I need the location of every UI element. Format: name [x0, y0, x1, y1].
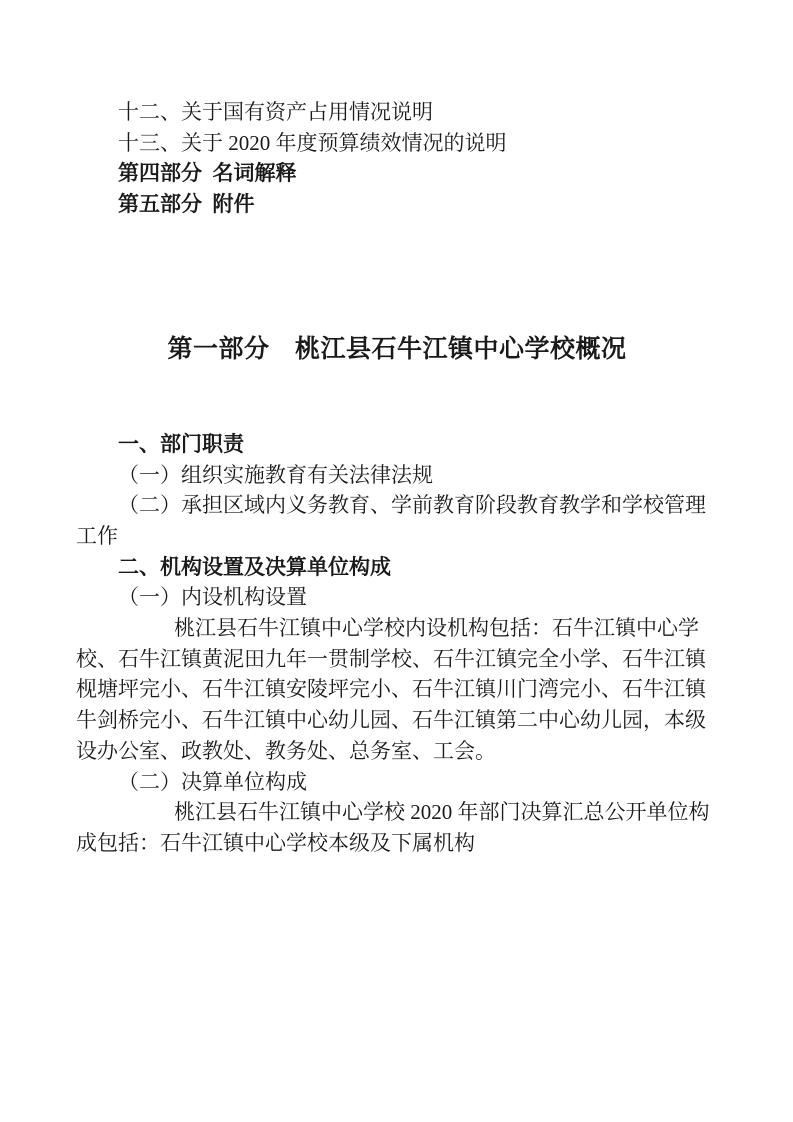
- text-column: 十二、关于国有资产占用情况说明 十三、关于 2020 年度预算绩效情况的说明 第…: [76, 0, 718, 859]
- toc-item: 第四部分 名词解释: [76, 158, 718, 189]
- toc-item: 十二、关于国有资产占用情况说明: [76, 97, 718, 128]
- body-line: （一）组织实施教育有关法律法规: [76, 460, 718, 491]
- body-line: （一）内设机构设置: [76, 582, 718, 613]
- body-line: 校、石牛江镇黄泥田九年一贯制学校、石牛江镇完全小学、石牛江镇: [76, 644, 718, 675]
- toc-item: 第五部分 附件: [76, 189, 718, 220]
- table-of-contents: 十二、关于国有资产占用情况说明 十三、关于 2020 年度预算绩效情况的说明 第…: [76, 0, 718, 220]
- body-line: （二）承担区域内义务教育、学前教育阶段教育教学和学校管理: [76, 490, 718, 521]
- body-heading: 二、机构设置及决算单位构成: [76, 552, 718, 583]
- body-line: 枧塘坪完小、石牛江镇安陵坪完小、石牛江镇川门湾完小、石牛江镇: [76, 674, 718, 705]
- body-line: 桃江县石牛江镇中心学校 2020 年部门决算汇总公开单位构: [76, 797, 718, 828]
- section-title: 第一部分 桃江县石牛江镇中心学校概况: [76, 332, 718, 368]
- document-page: 十二、关于国有资产占用情况说明 十三、关于 2020 年度预算绩效情况的说明 第…: [0, 0, 793, 1122]
- body-line: 成包括：石牛江镇中心学校本级及下属机构: [76, 828, 718, 859]
- toc-item: 十三、关于 2020 年度预算绩效情况的说明: [76, 128, 718, 159]
- body-line: 牛剑桥完小、石牛江镇中心幼儿园、石牛江镇第二中心幼儿园，本级: [76, 705, 718, 736]
- body-line: 工作: [76, 521, 718, 552]
- body-line: 桃江县石牛江镇中心学校内设机构包括：石牛江镇中心学: [76, 613, 718, 644]
- body-line: 设办公室、政教处、教务处、总务室、工会。: [76, 736, 718, 767]
- body-heading: 一、部门职责: [76, 429, 718, 460]
- body-line: （二）决算单位构成: [76, 767, 718, 798]
- section-body: 一、部门职责 （一）组织实施教育有关法律法规 （二）承担区域内义务教育、学前教育…: [76, 429, 718, 859]
